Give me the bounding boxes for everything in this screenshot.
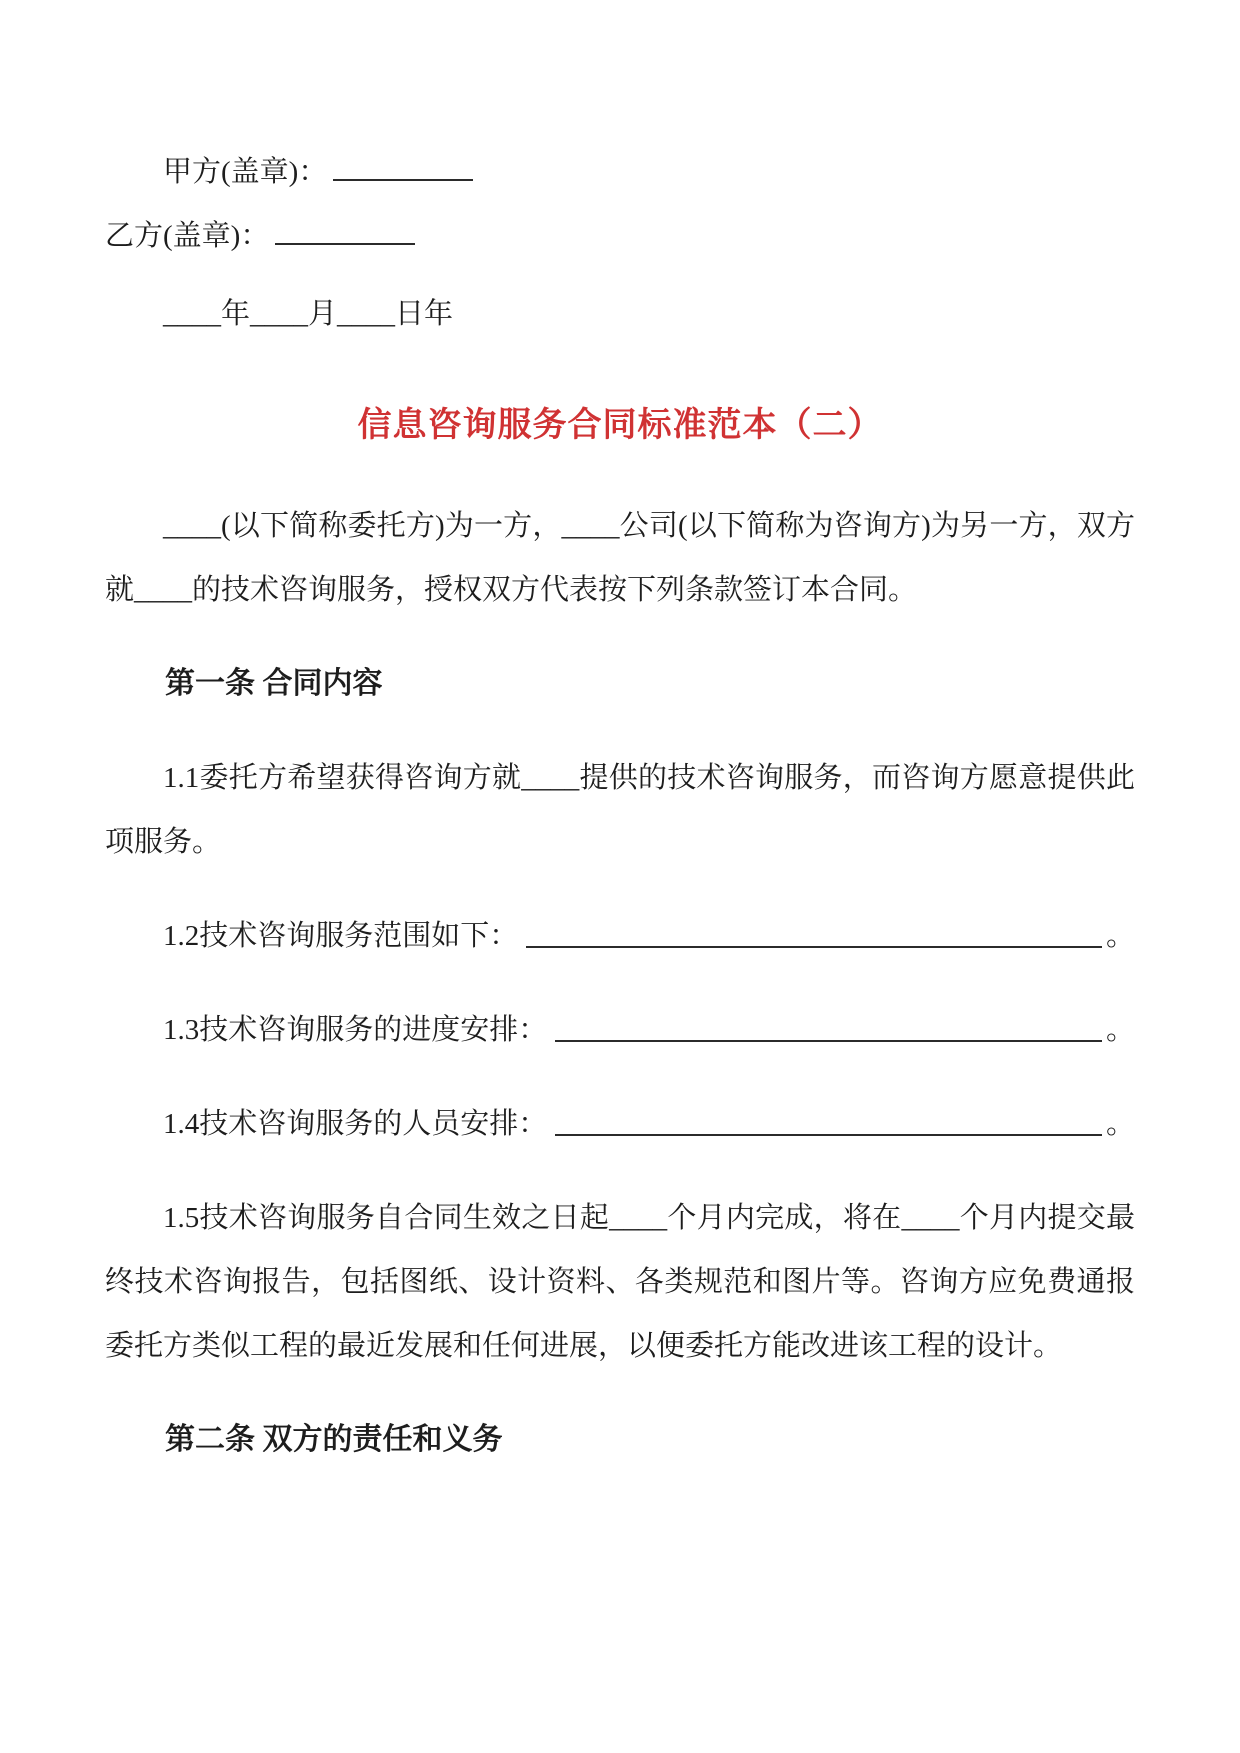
party-b-label: 乙方(盖章)： (105, 220, 269, 252)
clause-1-1: 1.1委托方希望获得咨询方就____提供的技术咨询服务，而咨询方愿意提供此项服务… (105, 746, 1135, 874)
clause-1-4-label: 1.4技术咨询服务的人员安排： (163, 1092, 547, 1156)
party-a-blank-line (333, 179, 473, 181)
clause-1-2-blank-line (526, 946, 1102, 948)
contract-document-page: 甲方(盖章)： 乙方(盖章)： ____年____月____日年 信息咨询服务合… (0, 0, 1240, 1562)
clause-1-5: 1.5技术咨询服务自合同生效之日起____个月内完成，将在____个月内提交最终… (105, 1186, 1135, 1378)
clause-1-2-period: 。 (1106, 904, 1135, 968)
clause-1-4: 1.4技术咨询服务的人员安排： 。 (105, 1092, 1135, 1156)
party-b-line: 乙方(盖章)： (105, 204, 1135, 268)
clause-1-3: 1.3技术咨询服务的进度安排： 。 (105, 998, 1135, 1062)
clause-1-2-label: 1.2技术咨询服务范围如下： (163, 904, 518, 968)
party-a-line: 甲方(盖章)： (105, 140, 1135, 204)
date-line: ____年____月____日年 (105, 282, 1135, 346)
intro-paragraph: ____(以下简称委托方)为一方，____公司(以下简称为咨询方)为另一方，双方… (105, 494, 1135, 622)
clause-1-4-period: 。 (1106, 1092, 1135, 1156)
document-title: 信息咨询服务合同标准范本（二） (105, 402, 1135, 450)
clause-1-3-blank-line (555, 1040, 1102, 1042)
clause-1-3-period: 。 (1106, 998, 1135, 1062)
section1-heading: 第一条 合同内容 (105, 652, 1135, 716)
clause-1-2: 1.2技术咨询服务范围如下： 。 (105, 904, 1135, 968)
clause-1-4-blank-line (555, 1134, 1102, 1136)
party-b-blank-line (275, 243, 415, 245)
party-a-label: 甲方(盖章)： (163, 156, 327, 188)
clause-1-3-label: 1.3技术咨询服务的进度安排： (163, 998, 547, 1062)
section2-heading: 第二条 双方的责任和义务 (105, 1408, 1135, 1472)
